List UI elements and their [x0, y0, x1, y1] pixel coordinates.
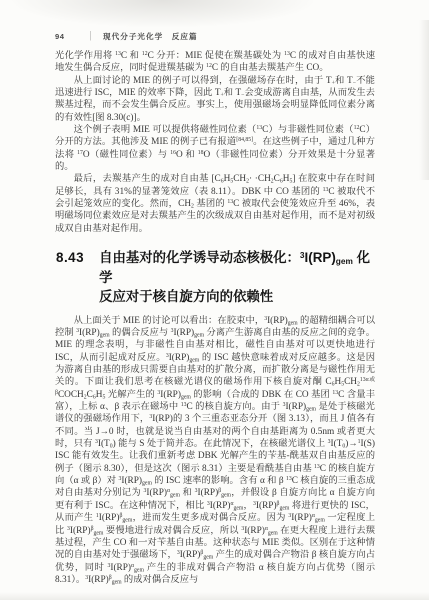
book-page: 94 ｜ 现代分子光化学 反应篇 光化学作用将 13C 和 12C 分开：MIE… — [0, 0, 429, 600]
body-text: 光化学作用将 13C 和 12C 分开：MIE 促使在羰基碳处为 13C 的成对… — [55, 50, 375, 586]
section-title-line-1: 自由基对的化学诱导动态核极化：3I(RP)gem 化学 — [99, 248, 375, 287]
section-heading: 8.43 自由基对的化学诱导动态核极化：3I(RP)gem 化学 反应对于核自旋… — [56, 248, 375, 307]
section-number: 8.43 — [56, 248, 84, 307]
header-divider: ｜ — [86, 30, 94, 44]
page-number: 94 — [55, 32, 64, 41]
section-title: 自由基对的化学诱导动态核极化：3I(RP)gem 化学 反应对于核自旋方向的依赖… — [99, 248, 375, 307]
book-title: 现代分子光化学 反应篇 — [103, 31, 198, 42]
paragraph-5: 从上面关于 MIE 的讨论可以看出：在胶束中，3I(RP)gem 的超精细耦合可… — [55, 315, 375, 587]
paragraph-3: 这个例子表明 MIE 可以提供将磁性同位素（13C）与非磁性同位素（12C）分开… — [55, 124, 375, 173]
page-header: 94 ｜ 现代分子光化学 反应篇 — [55, 31, 375, 42]
paragraph-4: 最后，去羰基产生的成对自由基 [C6H5CH2· ·CH2C6H5] 在胶束中存… — [55, 173, 375, 235]
paragraph-2: 从上面讨论的 MIE 的例子可以得到，在强磁场存在时，由于 T+和 T−不能迅速… — [55, 75, 375, 124]
paragraph-1: 光化学作用将 13C 和 12C 分开：MIE 促使在羰基碳处为 13C 的成对… — [55, 50, 375, 75]
scan-artifact-bottom — [0, 592, 429, 600]
scan-artifact-right — [419, 20, 429, 180]
section-title-line-2: 反应对于核自旋方向的依赖性 — [99, 287, 375, 307]
